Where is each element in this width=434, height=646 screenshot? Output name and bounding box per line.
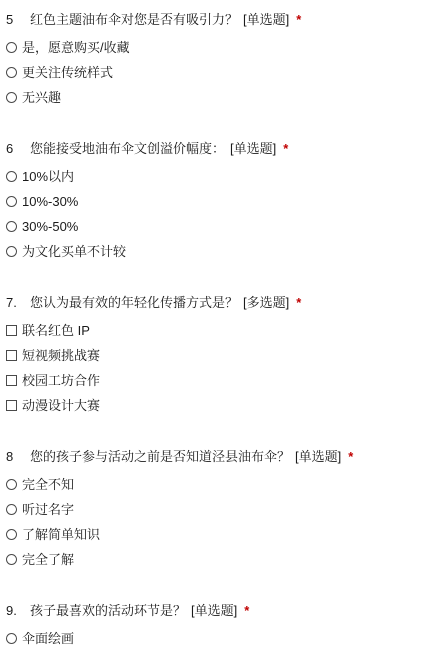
question-block-7: 7. 您认为最有效的年轻化传播方式是？ [多选题] * 联名红色 IP 短视频挑…: [6, 290, 426, 418]
radio-option[interactable]: 更关注传统样式: [6, 60, 426, 85]
checkbox-icon[interactable]: [6, 325, 17, 336]
option-label: 为文化买单不计较: [22, 239, 126, 264]
radio-option[interactable]: 是，愿意购买/收藏: [6, 35, 426, 60]
checkbox-option[interactable]: 动漫设计大赛: [6, 393, 426, 418]
radio-option[interactable]: 完全不知: [6, 472, 426, 497]
question-type-label: [单选题]: [230, 136, 276, 161]
question-text: 孩子最喜欢的活动环节是？: [30, 598, 186, 623]
option-label: 10%以内: [22, 164, 74, 189]
checkbox-option[interactable]: 短视频挑战赛: [6, 343, 426, 368]
checkbox-option[interactable]: 校园工坊合作: [6, 368, 426, 393]
radio-icon[interactable]: [6, 246, 17, 257]
option-label: 听过名字: [22, 497, 74, 522]
radio-icon[interactable]: [6, 92, 17, 103]
required-asterisk: *: [296, 7, 301, 32]
question-text: 您认为最有效的年轻化传播方式是？: [30, 290, 238, 315]
question-number: 6: [6, 136, 30, 161]
survey-form: 5 红色主题油布伞对您是否有吸引力？ [单选题] * 是，愿意购买/收藏 更关注…: [0, 0, 434, 646]
option-label: 了解简单知识: [22, 522, 100, 547]
question-number: 5: [6, 7, 30, 32]
required-asterisk: *: [283, 136, 288, 161]
question-type-label: [单选题]: [191, 598, 237, 623]
question-type-label: [单选题]: [243, 7, 289, 32]
option-label: 短视频挑战赛: [22, 343, 100, 368]
radio-option[interactable]: 完全了解: [6, 547, 426, 572]
question-type-label: [多选题]: [243, 290, 289, 315]
radio-icon[interactable]: [6, 42, 17, 53]
option-label: 是，愿意购买/收藏: [22, 35, 130, 60]
option-label: 30%-50%: [22, 214, 78, 239]
radio-option[interactable]: 为文化买单不计较: [6, 239, 426, 264]
required-asterisk: *: [296, 290, 301, 315]
radio-icon[interactable]: [6, 196, 17, 207]
radio-icon[interactable]: [6, 504, 17, 515]
question-number: 8: [6, 444, 30, 469]
checkbox-icon[interactable]: [6, 375, 17, 386]
radio-icon[interactable]: [6, 171, 17, 182]
radio-icon[interactable]: [6, 221, 17, 232]
radio-icon[interactable]: [6, 67, 17, 78]
radio-option[interactable]: 了解简单知识: [6, 522, 426, 547]
radio-icon[interactable]: [6, 529, 17, 540]
checkbox-option[interactable]: 联名红色 IP: [6, 318, 426, 343]
option-label: 完全不知: [22, 472, 74, 497]
question-block-5: 5 红色主题油布伞对您是否有吸引力？ [单选题] * 是，愿意购买/收藏 更关注…: [6, 7, 426, 110]
option-label: 动漫设计大赛: [22, 393, 100, 418]
question-text: 您能接受地油布伞文创溢价幅度：: [30, 136, 225, 161]
option-label: 联名红色 IP: [22, 318, 90, 343]
question-number: 7.: [6, 290, 30, 315]
required-asterisk: *: [348, 444, 353, 469]
radio-option[interactable]: 10%以内: [6, 164, 426, 189]
radio-option[interactable]: 无兴趣: [6, 85, 426, 110]
radio-option[interactable]: 听过名字: [6, 497, 426, 522]
question-number: 9.: [6, 598, 30, 623]
question-title: 5 红色主题油布伞对您是否有吸引力？ [单选题] *: [6, 7, 426, 32]
required-asterisk: *: [244, 598, 249, 623]
option-label: 更关注传统样式: [22, 60, 113, 85]
option-label: 无兴趣: [22, 85, 61, 110]
option-label: 伞面绘画: [22, 626, 74, 646]
radio-option[interactable]: 10%-30%: [6, 189, 426, 214]
question-text: 您的孩子参与活动之前是否知道泾县油布伞？: [30, 444, 290, 469]
radio-option[interactable]: 伞面绘画: [6, 626, 426, 646]
question-type-label: [单选题]: [295, 444, 341, 469]
option-label: 完全了解: [22, 547, 74, 572]
radio-icon[interactable]: [6, 479, 17, 490]
question-title: 8 您的孩子参与活动之前是否知道泾县油布伞？ [单选题] *: [6, 444, 426, 469]
option-label: 校园工坊合作: [22, 368, 100, 393]
option-label: 10%-30%: [22, 189, 78, 214]
checkbox-icon[interactable]: [6, 350, 17, 361]
question-title: 7. 您认为最有效的年轻化传播方式是？ [多选题] *: [6, 290, 426, 315]
question-block-6: 6 您能接受地油布伞文创溢价幅度： [单选题] * 10%以内 10%-30% …: [6, 136, 426, 264]
checkbox-icon[interactable]: [6, 400, 17, 411]
question-text: 红色主题油布伞对您是否有吸引力？: [30, 7, 238, 32]
question-block-9: 9. 孩子最喜欢的活动环节是？ [单选题] * 伞面绘画: [6, 598, 426, 646]
radio-option[interactable]: 30%-50%: [6, 214, 426, 239]
question-block-8: 8 您的孩子参与活动之前是否知道泾县油布伞？ [单选题] * 完全不知 听过名字…: [6, 444, 426, 572]
radio-icon[interactable]: [6, 554, 17, 565]
question-title: 9. 孩子最喜欢的活动环节是？ [单选题] *: [6, 598, 426, 623]
question-title: 6 您能接受地油布伞文创溢价幅度： [单选题] *: [6, 136, 426, 161]
radio-icon[interactable]: [6, 633, 17, 644]
